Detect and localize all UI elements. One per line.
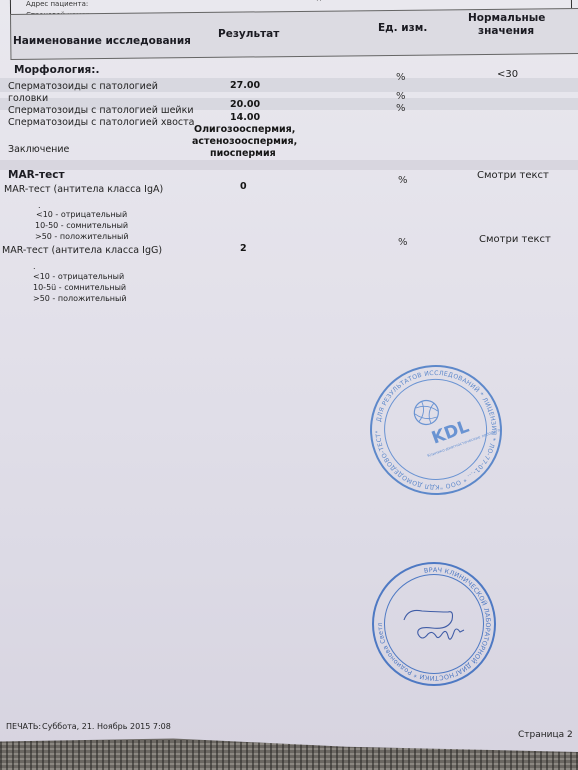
column-header-result: Результат [218,28,279,40]
conclusion-line-2: астенозооспермия, [192,136,297,147]
column-header-unit: Ед. изм. [378,22,427,34]
section-title-mar-test: MAR-тест [8,169,65,181]
page-number: Страница 2 [518,730,573,740]
row-result: 27.00 [230,80,260,91]
section-title-morphology: Морфология:. [14,64,100,76]
contact-code-label: Код контингента: [308,0,369,2]
mar-iga-unit: % [398,175,408,186]
row-unit: % [396,91,406,102]
mar-iga-name: MAR-тест (антитела класса IgA) [4,184,163,195]
mar-igg-ref-1: <10 - отрицательный [33,272,124,282]
row-unit: % [396,103,406,114]
lab-stamp: ДЛЯ РЕЗУЛЬТАТОВ ИССЛЕДОВАНИЙ * ЛИЦЕНЗИЯ … [362,356,511,503]
row-unit: % [396,72,406,83]
print-date: Суббота, 21. Ноябрь 2015 7:08 [42,722,171,731]
print-label: ПЕЧАТЬ: [6,722,41,731]
svg-text:ВРАЧ КЛИНИЧЕСКОЙ ЛАБОРАТОРНОЙ: ВРАЧ КЛИНИЧЕСКОЙ ЛАБОРАТОРНОЙ ДИАГНОСТИК… [374,564,492,682]
mar-iga-ref-2: 10-50 - сомнительный [35,221,128,231]
row-name: Сперматозоиды с патологией шейки [8,105,194,116]
kdl-globe-icon [413,399,440,426]
column-header-norm-2: значения [478,25,534,37]
mar-igg-ref-2: 10-5ü - сомнительный [33,283,126,293]
mar-igg-ref-3: >50 - положительный [33,294,127,304]
conclusion-line-1: Олигозооспермия, [194,124,295,135]
row-name: Сперматозоиды с патологией хвоста [8,117,195,128]
mar-igg-result: 2 [240,243,247,254]
mar-iga-ref-3: >50 - положительный [35,232,129,242]
row-norm: <30 [497,69,518,80]
row-result: 14.00 [230,112,260,123]
mar-iga-result: 0 [240,181,247,192]
mar-iga-norm: Смотри текст [477,170,549,181]
conclusion-label: Заключение [8,144,69,155]
column-header-norm-1: Нормальные [468,12,545,24]
row-result: 20.00 [230,99,260,110]
signature-icon [404,610,464,639]
row-name: Сперматозоиды с патологией [8,81,158,92]
mar-igg-name: MAR-тест (антитела класса IgG) [2,245,162,256]
doctor-stamp: ВРАЧ КЛИНИЧЕСКОЙ ЛАБОРАТОРНОЙ ДИАГНОСТИК… [372,562,496,686]
conclusion-line-3: пиоспермия [210,148,276,159]
mar-igg-norm: Смотри текст [479,234,551,245]
address-label: Адрес пациента: [26,0,88,8]
row-shade [0,160,578,170]
doctor-stamp-ring-text: ВРАЧ КЛИНИЧЕСКОЙ ЛАБОРАТОРНОЙ ДИАГНОСТИК… [374,564,492,682]
lab-report-page: Адрес пациента: Страховой номер: Код кон… [0,0,578,752]
row-name-cont: головки [8,93,48,104]
mar-igg-unit: % [398,237,408,248]
mar-iga-ref-1: <10 - отрицательный [36,210,127,220]
column-header-name: Наименование исследования [13,35,191,47]
mar-igg-dot: . [33,262,36,272]
